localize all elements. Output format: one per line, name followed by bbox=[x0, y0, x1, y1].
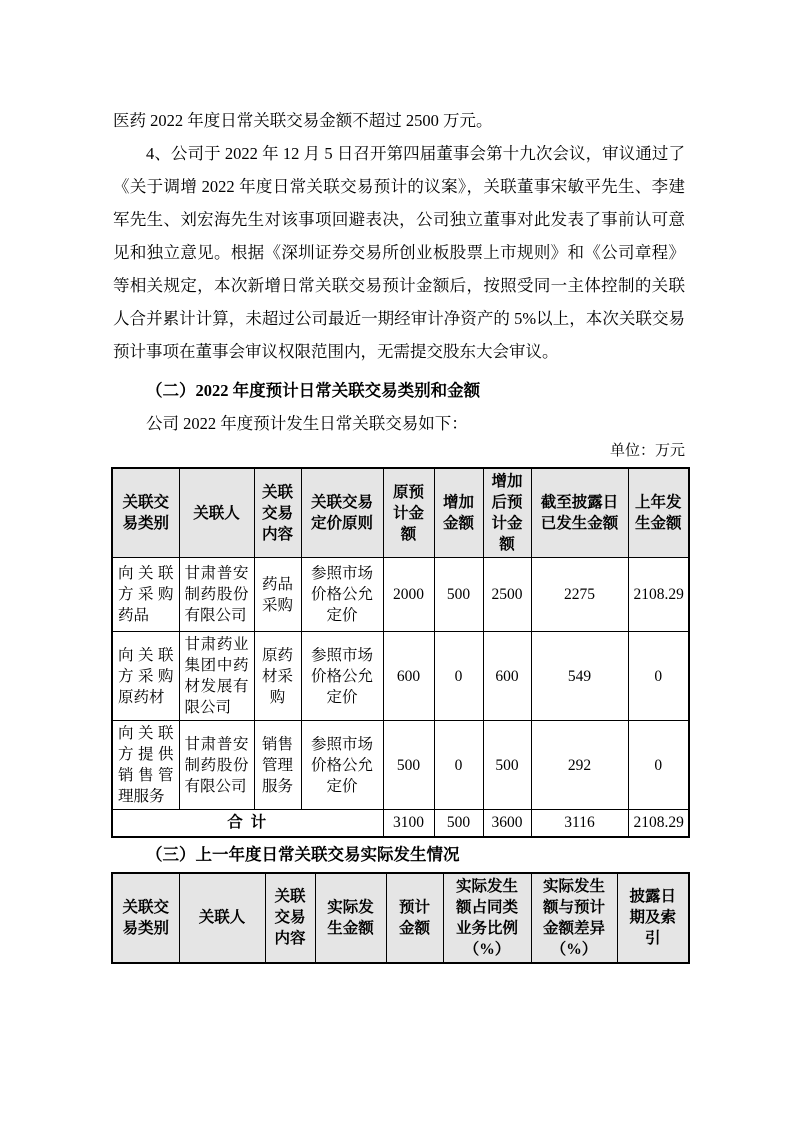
total-estimate-after-increase: 3600 bbox=[483, 810, 531, 837]
table-total-row: 合 计 3100 500 3600 3116 2108.29 bbox=[112, 810, 689, 837]
cell-content: 药品采购 bbox=[254, 558, 301, 632]
table-row: 向关联方采购药品 甘肃普安制药股份有限公司 药品采购 参照市场价格公允定价 20… bbox=[112, 558, 689, 632]
header-cell-content: 关联交易内容 bbox=[254, 468, 301, 558]
header-cell-estimated-amount: 预计金额 bbox=[386, 873, 443, 963]
cell-content: 销售管理服务 bbox=[254, 721, 301, 810]
section-2-intro: 公司 2022 年度预计发生日常关联交易如下： bbox=[113, 407, 685, 440]
header-cell-estimate-after-increase: 增加后预计金额 bbox=[483, 468, 531, 558]
cell-prior-year-amount: 0 bbox=[628, 721, 689, 810]
header-cell-content: 关联交易内容 bbox=[265, 873, 315, 963]
cell-related-party: 甘肃药业集团中药材发展有限公司 bbox=[179, 632, 254, 721]
total-label: 合 计 bbox=[112, 810, 383, 837]
header-cell-disclosure-date-index: 披露日期及索引 bbox=[617, 873, 689, 963]
header-cell-category: 关联交易类别 bbox=[112, 468, 179, 558]
table-header-row: 关联交易类别 关联人 关联交易内容 关联交易定价原则 原预计金额 增加金额 增加… bbox=[112, 468, 689, 558]
cell-pricing-principle: 参照市场价格公允定价 bbox=[301, 558, 383, 632]
cell-original-estimate: 2000 bbox=[383, 558, 434, 632]
header-cell-difference-percent: 实际发生额与预计金额差异（%） bbox=[531, 873, 617, 963]
cell-increase: 500 bbox=[434, 558, 483, 632]
cell-pricing-principle: 参照市场价格公允定价 bbox=[301, 632, 383, 721]
header-cell-original-estimate: 原预计金额 bbox=[383, 468, 434, 558]
cell-related-party: 甘肃普安制药股份有限公司 bbox=[179, 721, 254, 810]
header-cell-pricing-principle: 关联交易定价原则 bbox=[301, 468, 383, 558]
total-original-estimate: 3100 bbox=[383, 810, 434, 837]
header-cell-prior-year-amount: 上年发生金额 bbox=[628, 468, 689, 558]
header-cell-increase: 增加金额 bbox=[434, 468, 483, 558]
table-header-row: 关联交易类别 关联人 关联交易内容 实际发生金额 预计金额 实际发生额占同类业务… bbox=[112, 873, 689, 963]
paragraph-continuation: 医药 2022 年度日常关联交易金额不超过 2500 万元。 bbox=[113, 104, 685, 137]
header-cell-related-party: 关联人 bbox=[179, 873, 265, 963]
cell-incurred-to-date: 292 bbox=[531, 721, 628, 810]
cell-incurred-to-date: 2275 bbox=[531, 558, 628, 632]
header-cell-category: 关联交易类别 bbox=[112, 873, 179, 963]
header-cell-incurred-to-date: 截至披露日已发生金额 bbox=[531, 468, 628, 558]
section-3-heading: （三）上一年度日常关联交易实际发生情况 bbox=[113, 840, 685, 870]
header-cell-ratio-of-similar-business: 实际发生额占同类业务比例（%） bbox=[443, 873, 531, 963]
header-cell-related-party: 关联人 bbox=[179, 468, 254, 558]
cell-estimate-after-increase: 500 bbox=[483, 721, 531, 810]
cell-increase: 0 bbox=[434, 632, 483, 721]
unit-label: 单位：万元 bbox=[113, 440, 685, 463]
document-page: 医药 2022 年度日常关联交易金额不超过 2500 万元。 4、公司于 202… bbox=[0, 0, 793, 1122]
cell-category: 向关联方采购药品 bbox=[112, 558, 179, 632]
section-2-heading: （二）2022 年度预计日常关联交易类别和金额 bbox=[113, 374, 685, 407]
total-increase: 500 bbox=[434, 810, 483, 837]
paragraph-item-4: 4、公司于 2022 年 12 月 5 日召开第四届董事会第十九次会议，审议通过… bbox=[113, 137, 685, 368]
total-prior-year-amount: 2108.29 bbox=[628, 810, 689, 837]
cell-category: 向关联方采购原药材 bbox=[112, 632, 179, 721]
table-row: 向关联方采购原药材 甘肃药业集团中药材发展有限公司 原药材采购 参照市场价格公允… bbox=[112, 632, 689, 721]
cell-increase: 0 bbox=[434, 721, 483, 810]
cell-related-party: 甘肃普安制药股份有限公司 bbox=[179, 558, 254, 632]
cell-prior-year-amount: 2108.29 bbox=[628, 558, 689, 632]
cell-content: 原药材采购 bbox=[254, 632, 301, 721]
table-row: 向关联方提供销售管理服务 甘肃普安制药股份有限公司 销售管理服务 参照市场价格公… bbox=[112, 721, 689, 810]
header-cell-actual-amount: 实际发生金额 bbox=[315, 873, 386, 963]
cell-prior-year-amount: 0 bbox=[628, 632, 689, 721]
cell-original-estimate: 500 bbox=[383, 721, 434, 810]
cell-pricing-principle: 参照市场价格公允定价 bbox=[301, 721, 383, 810]
cell-estimate-after-increase: 600 bbox=[483, 632, 531, 721]
cell-category: 向关联方提供销售管理服务 bbox=[112, 721, 179, 810]
cell-original-estimate: 600 bbox=[383, 632, 434, 721]
forecast-transactions-table: 关联交易类别 关联人 关联交易内容 关联交易定价原则 原预计金额 增加金额 增加… bbox=[111, 467, 690, 838]
cell-estimate-after-increase: 2500 bbox=[483, 558, 531, 632]
prior-year-actual-table: 关联交易类别 关联人 关联交易内容 实际发生金额 预计金额 实际发生额占同类业务… bbox=[111, 872, 690, 964]
cell-incurred-to-date: 549 bbox=[531, 632, 628, 721]
total-incurred-to-date: 3116 bbox=[531, 810, 628, 837]
